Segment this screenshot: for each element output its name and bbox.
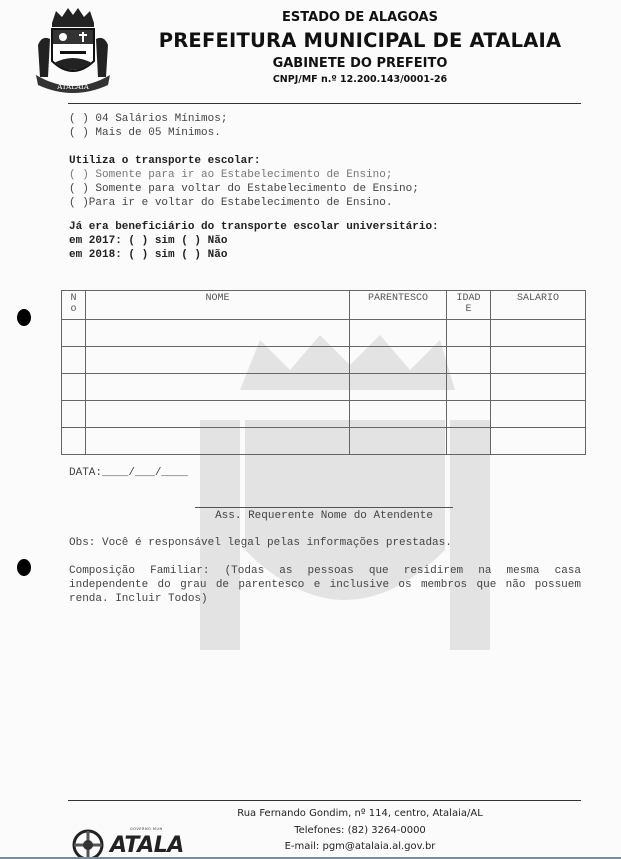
cell-no[interactable] [62,428,86,455]
table-row [62,428,586,455]
university-question: Já era beneficiário do transporte escola… [69,221,439,233]
transport-question: Utiliza o transporte escolar: [69,155,260,167]
cell-nome[interactable] [86,428,350,455]
prefecture-title: PREFEITURA MUNICIPAL DE ATALAIA [130,29,590,52]
cnpj-number: CNPJ/MF n.º 12.200.143/0001-26 [130,74,590,85]
office-subtitle: GABINETE DO PREFEITO [130,56,590,71]
cell-idade[interactable] [447,401,491,428]
coat-of-arms-icon: ATALAIA [30,5,116,93]
footer-email: E-mail: pgm@atalaia.al.gov.br [150,841,570,852]
transport-option-both[interactable]: ( )Para ir e voltar do Estabelecimento d… [69,197,392,209]
table-row [62,401,586,428]
income-option-04[interactable]: ( ) 04 Salários Mínimos; [69,113,227,125]
cell-no[interactable] [62,401,86,428]
table-row [62,320,586,347]
punch-hole-icon [17,559,31,576]
cell-salario[interactable] [491,320,586,347]
cell-salario[interactable] [491,401,586,428]
cell-nome[interactable] [86,401,350,428]
svg-text:ATALAIA: ATALAIA [56,83,89,91]
header-parentesco: PARENTESCO [350,291,447,320]
state-name: ESTADO DE ALAGOAS [130,10,590,25]
signature-line[interactable] [195,507,453,508]
footer-address: Rua Fernando Gondim, nº 114, centro, Ata… [150,808,570,819]
university-2017[interactable]: em 2017: ( ) sim ( ) Não [69,235,227,247]
cell-idade[interactable] [447,374,491,401]
cell-salario[interactable] [491,347,586,374]
cell-parentesco[interactable] [350,320,447,347]
table-row [62,374,586,401]
header-idade: IDADE [447,291,491,320]
cell-idade[interactable] [447,347,491,374]
cell-no[interactable] [62,320,86,347]
government-logo-icon [70,827,110,859]
header-divider [68,103,581,104]
obs-note: Obs: Você é responsável legal pelas info… [69,537,452,549]
cell-idade[interactable] [447,428,491,455]
cell-salario[interactable] [491,428,586,455]
transport-option-go[interactable]: ( ) Somente para ir ao Estabelecimento d… [69,169,392,181]
footer-phone: Telefones: (82) 3264-0000 [150,825,570,836]
cell-parentesco[interactable] [350,401,447,428]
income-option-05[interactable]: ( ) Mais de 05 Mínimos. [69,127,221,139]
family-composition-note: Composição Familiar: (Todas as pessoas q… [69,564,581,606]
cell-salario[interactable] [491,374,586,401]
signature-label: Ass. Requerente Nome do Atendente [195,510,453,522]
cell-parentesco[interactable] [350,428,447,455]
transport-option-return[interactable]: ( ) Somente para voltar do Estabelecimen… [69,183,419,195]
university-2018[interactable]: em 2018: ( ) sim ( ) Não [69,249,227,261]
header-salario: SALARIO [491,291,586,320]
cell-idade[interactable] [447,320,491,347]
cell-no[interactable] [62,374,86,401]
cell-parentesco[interactable] [350,374,447,401]
cell-parentesco[interactable] [350,347,447,374]
family-table: No NOME PARENTESCO IDADE SALARIO [61,290,586,455]
table-header-row: No NOME PARENTESCO IDADE SALARIO [62,291,586,320]
table-row [62,347,586,374]
cell-nome[interactable] [86,347,350,374]
punch-hole-icon [17,309,31,326]
cell-no[interactable] [62,347,86,374]
logo-subtext: GOVERNO MUN [130,827,163,831]
header-no: No [62,291,86,320]
cell-nome[interactable] [86,374,350,401]
cell-nome[interactable] [86,320,350,347]
footer-divider [68,800,581,801]
date-field[interactable]: DATA:____/___/____ [69,467,188,479]
logo-text: ATALA [110,833,184,858]
header-nome: NOME [86,291,350,320]
